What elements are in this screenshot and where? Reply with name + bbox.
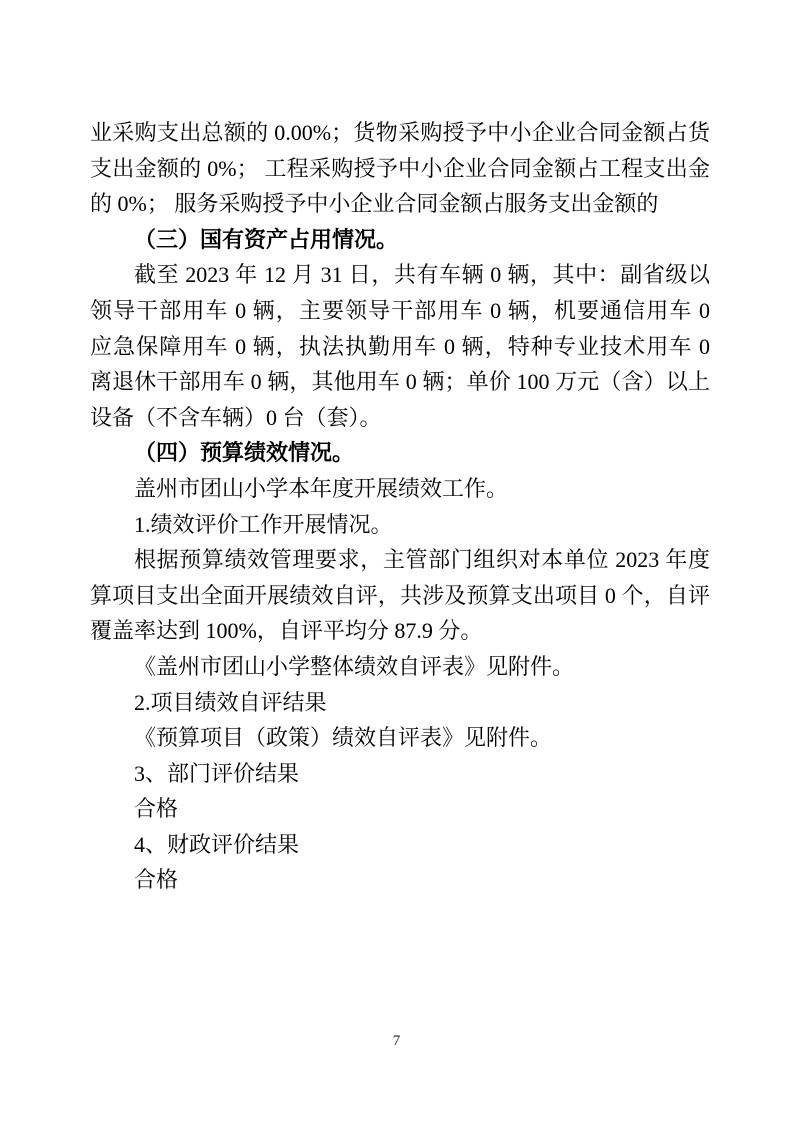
document-page: 业采购支出总额的 0.00%；货物采购授予中小企业合同金额占货物 支出金额的 0… (0, 0, 793, 1122)
text-line: 合格 (90, 791, 710, 827)
text-line: 2.项目绩效自评结果 (90, 685, 710, 721)
text-line: 截至 2023 年 12 月 31 日，共有车辆 0 辆，其中：副省级以上 (90, 257, 710, 293)
text-line: 支出金额的 0%； 工程采购授予中小企业合同金额占工程支出金额 (90, 151, 710, 187)
text-line: 4、财政评价结果 (90, 827, 710, 863)
text-line: 1.绩效评价工作开展情况。 (90, 507, 710, 543)
text-line: 合格 (90, 862, 710, 898)
text-line: 离退休干部用车 0 辆，其他用车 0 辆；单价 100 万元（含）以上 (90, 364, 710, 400)
section-heading-state-assets: （三）国有资产占用情况。 (90, 222, 710, 258)
text-line: 3、部门评价结果 (90, 756, 710, 792)
document-body: 业采购支出总额的 0.00%；货物采购授予中小企业合同金额占货物 支出金额的 0… (90, 115, 710, 898)
page-number: 7 (0, 1033, 793, 1050)
text-line: 《预算项目（政策）绩效自评表》见附件。 (90, 720, 710, 756)
text-line: 设备（不含车辆）0 台（套）。 (90, 400, 710, 436)
text-line: 覆盖率达到 100%，自评平均分 87.9 分。 (90, 613, 710, 649)
text-line: 《盖州市团山小学整体绩效自评表》见附件。 (90, 649, 710, 685)
text-line: 业采购支出总额的 0.00%；货物采购授予中小企业合同金额占货物 (90, 115, 710, 151)
text-line: 根据预算绩效管理要求，主管部门组织对本单位 2023 年度预 (90, 542, 710, 578)
text-line: 算项目支出全面开展绩效自评，共涉及预算支出项目 0 个，自评 (90, 578, 710, 614)
section-heading-budget-performance: （四）预算绩效情况。 (90, 435, 710, 471)
text-line: 盖州市团山小学本年度开展绩效工作。 (90, 471, 710, 507)
text-line: 应急保障用车 0 辆，执法执勤用车 0 辆，特种专业技术用车 0 辆， (90, 329, 710, 365)
text-line: 领导干部用车 0 辆，主要领导干部用车 0 辆，机要通信用车 0 辆， (90, 293, 710, 329)
text-line: 的 0%； 服务采购授予中小企业合同金额占服务支出金额的 0%。 (90, 186, 710, 222)
